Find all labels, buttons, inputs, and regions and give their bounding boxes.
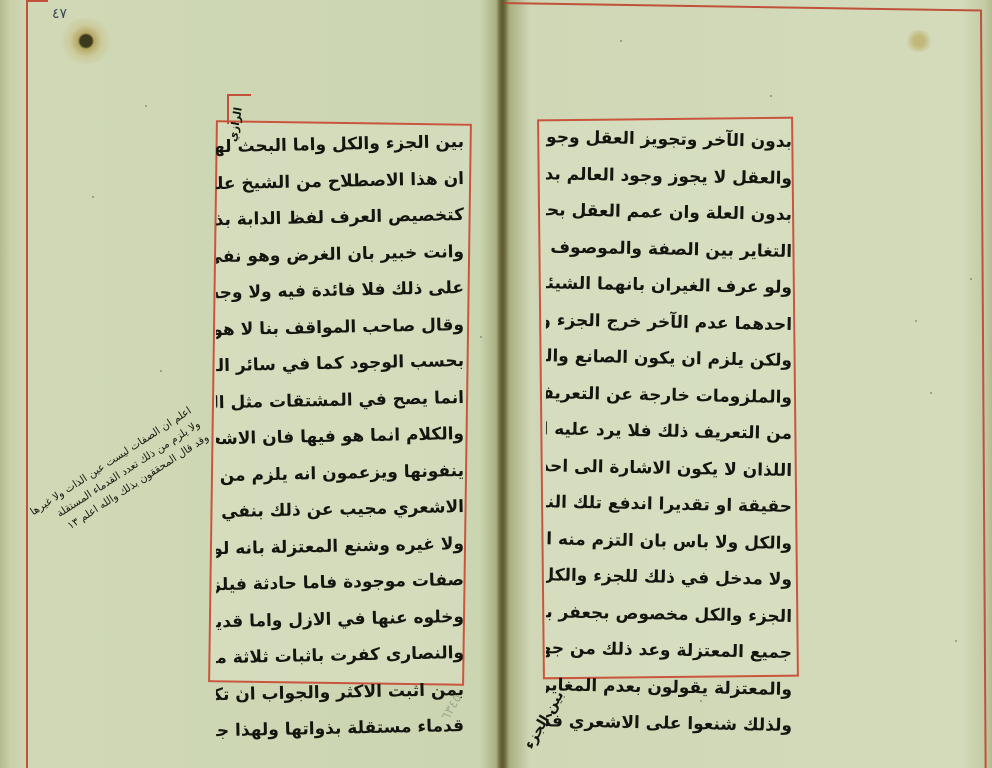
text-line: بدون العلة وان عمم العقل بحيث يشمل غير م… xyxy=(546,192,793,233)
text-line: الاشعري مجيب عن ذلك بنفي التعدد بناء على… xyxy=(216,489,465,531)
marginal-annotation: اعلم ان الصفات ليست عين الذات ولا غيرها … xyxy=(0,403,212,585)
text-line: والمعتزلة يقولون بعدم المغايرة بين الصفة… xyxy=(546,667,793,708)
text-line: جميع المعتزلة وعد ذلك من جهالاته لا يصلح… xyxy=(546,630,793,671)
left-page-top-rule xyxy=(26,0,48,2)
right-page-top-rule xyxy=(502,2,982,12)
text-line: ولكن يلزم ان يكون الصانع والعالم بل جميع… xyxy=(546,338,793,379)
text-line: والنصارى كفرت باثبات ثلاثة من القدماء فك… xyxy=(216,635,465,677)
text-line: ولو عرف الغيران بانهما الشيئان اللذان لا… xyxy=(546,265,793,306)
text-line: اللذان لا يكون الاشارة الى احدهما عين ال… xyxy=(546,448,793,489)
text-line: انما يصح في المشتقات مثل العالم والقادر … xyxy=(216,380,465,422)
text-line: قدماء مستقلة بذواتها ولهذا جوزوا انتقال … xyxy=(216,708,465,750)
text-line: على ذلك فلا فائدة فيه ولا وجه لادخاله في… xyxy=(216,270,465,312)
left-text-block: بين الجزء والكل واما البحث لهم على ذلك ق… xyxy=(216,124,464,745)
text-line: ينفونها ويزعمون انه يلزم من اثباتها تعدد… xyxy=(216,453,465,495)
book-gutter xyxy=(496,0,508,768)
text-line: الجزء والكل مخصوص بجعفر بن الحارث وقد خا… xyxy=(546,594,793,635)
text-line: والكلام انما هو فيها فان الاشعري اثبتها … xyxy=(216,416,465,458)
text-line: التغاير بين الصفة والموصوف والجزء والكل … xyxy=(546,229,793,270)
right-page: بدون الآخر وتجويز العقل وجود احدهما بدون… xyxy=(502,0,992,768)
text-line: بين الجزء والكل واما البحث لهم على ذلك ق… xyxy=(216,124,465,166)
text-line: ولذلك شنعوا على الاشعري فكيف يقولون بعدم… xyxy=(546,703,793,744)
text-line: والعقل لا يجوز وجود العالم بدون الصانع ب… xyxy=(546,156,793,197)
text-line: بحسب الوجود كما في سائر المحمولات قلت وا… xyxy=(216,343,465,385)
text-line: بدون الآخر وتجويز العقل وجود احدهما بدون… xyxy=(546,119,793,160)
text-line: حقيقة او تقديرا اندفع تلك النقوض ولكن ند… xyxy=(546,484,793,525)
text-line: ان هذا الاصطلاح من الشيخ على تخصيص لفظ ا… xyxy=(216,161,465,203)
left-page: ٤٧ الرازي بين الجزء والكل واما البحث لهم… xyxy=(0,0,502,768)
text-line: بمن اثبت الاكثر والجواب ان تكفيرهم النصا… xyxy=(216,672,465,714)
text-line: احدهما عدم الآخر خرج الجزء والكل والصفة … xyxy=(546,302,793,343)
right-text-block: بدون الآخر وتجويز العقل وجود احدهما بدون… xyxy=(546,124,792,745)
text-line: من التعريف ذلك فلا يرد عليه النقض المذكو… xyxy=(546,411,793,452)
left-page-margin-rule xyxy=(26,0,28,768)
text-line: ولا غيره وشنع المعتزلة بانه لو كان للواج… xyxy=(216,526,465,568)
right-page-margin-rule xyxy=(980,10,987,768)
text-line: وانت خبير بان الغرض وهو نفي لزوم تعدد ال… xyxy=(216,234,465,276)
text-line: وخلوه عنها في الازل واما قديمة فيلزم تعد… xyxy=(216,599,465,641)
text-line: والملزومات خارجة عن التعريف وبهذا يكون م… xyxy=(546,375,793,416)
manuscript-spread: ٤٧ الرازي بين الجزء والكل واما البحث لهم… xyxy=(0,0,992,768)
text-line: والكل ولا باس بان التزم منه الاحتراز عن … xyxy=(546,521,793,562)
text-line: صفات موجودة فاما حادثة فيلزم قيام الحواد… xyxy=(216,562,465,604)
text-line: كتخصيص العرف لفظ الدابة بذوات القوائم ال… xyxy=(216,197,465,239)
text-line: وقال صاحب المواقف بنا لا هو بحسب المفهوم… xyxy=(216,307,465,349)
folio-number: ٤٧ xyxy=(52,6,67,22)
text-line: ولا مدخل في ذلك للجزء والكل وما نقل من ا… xyxy=(546,557,793,598)
